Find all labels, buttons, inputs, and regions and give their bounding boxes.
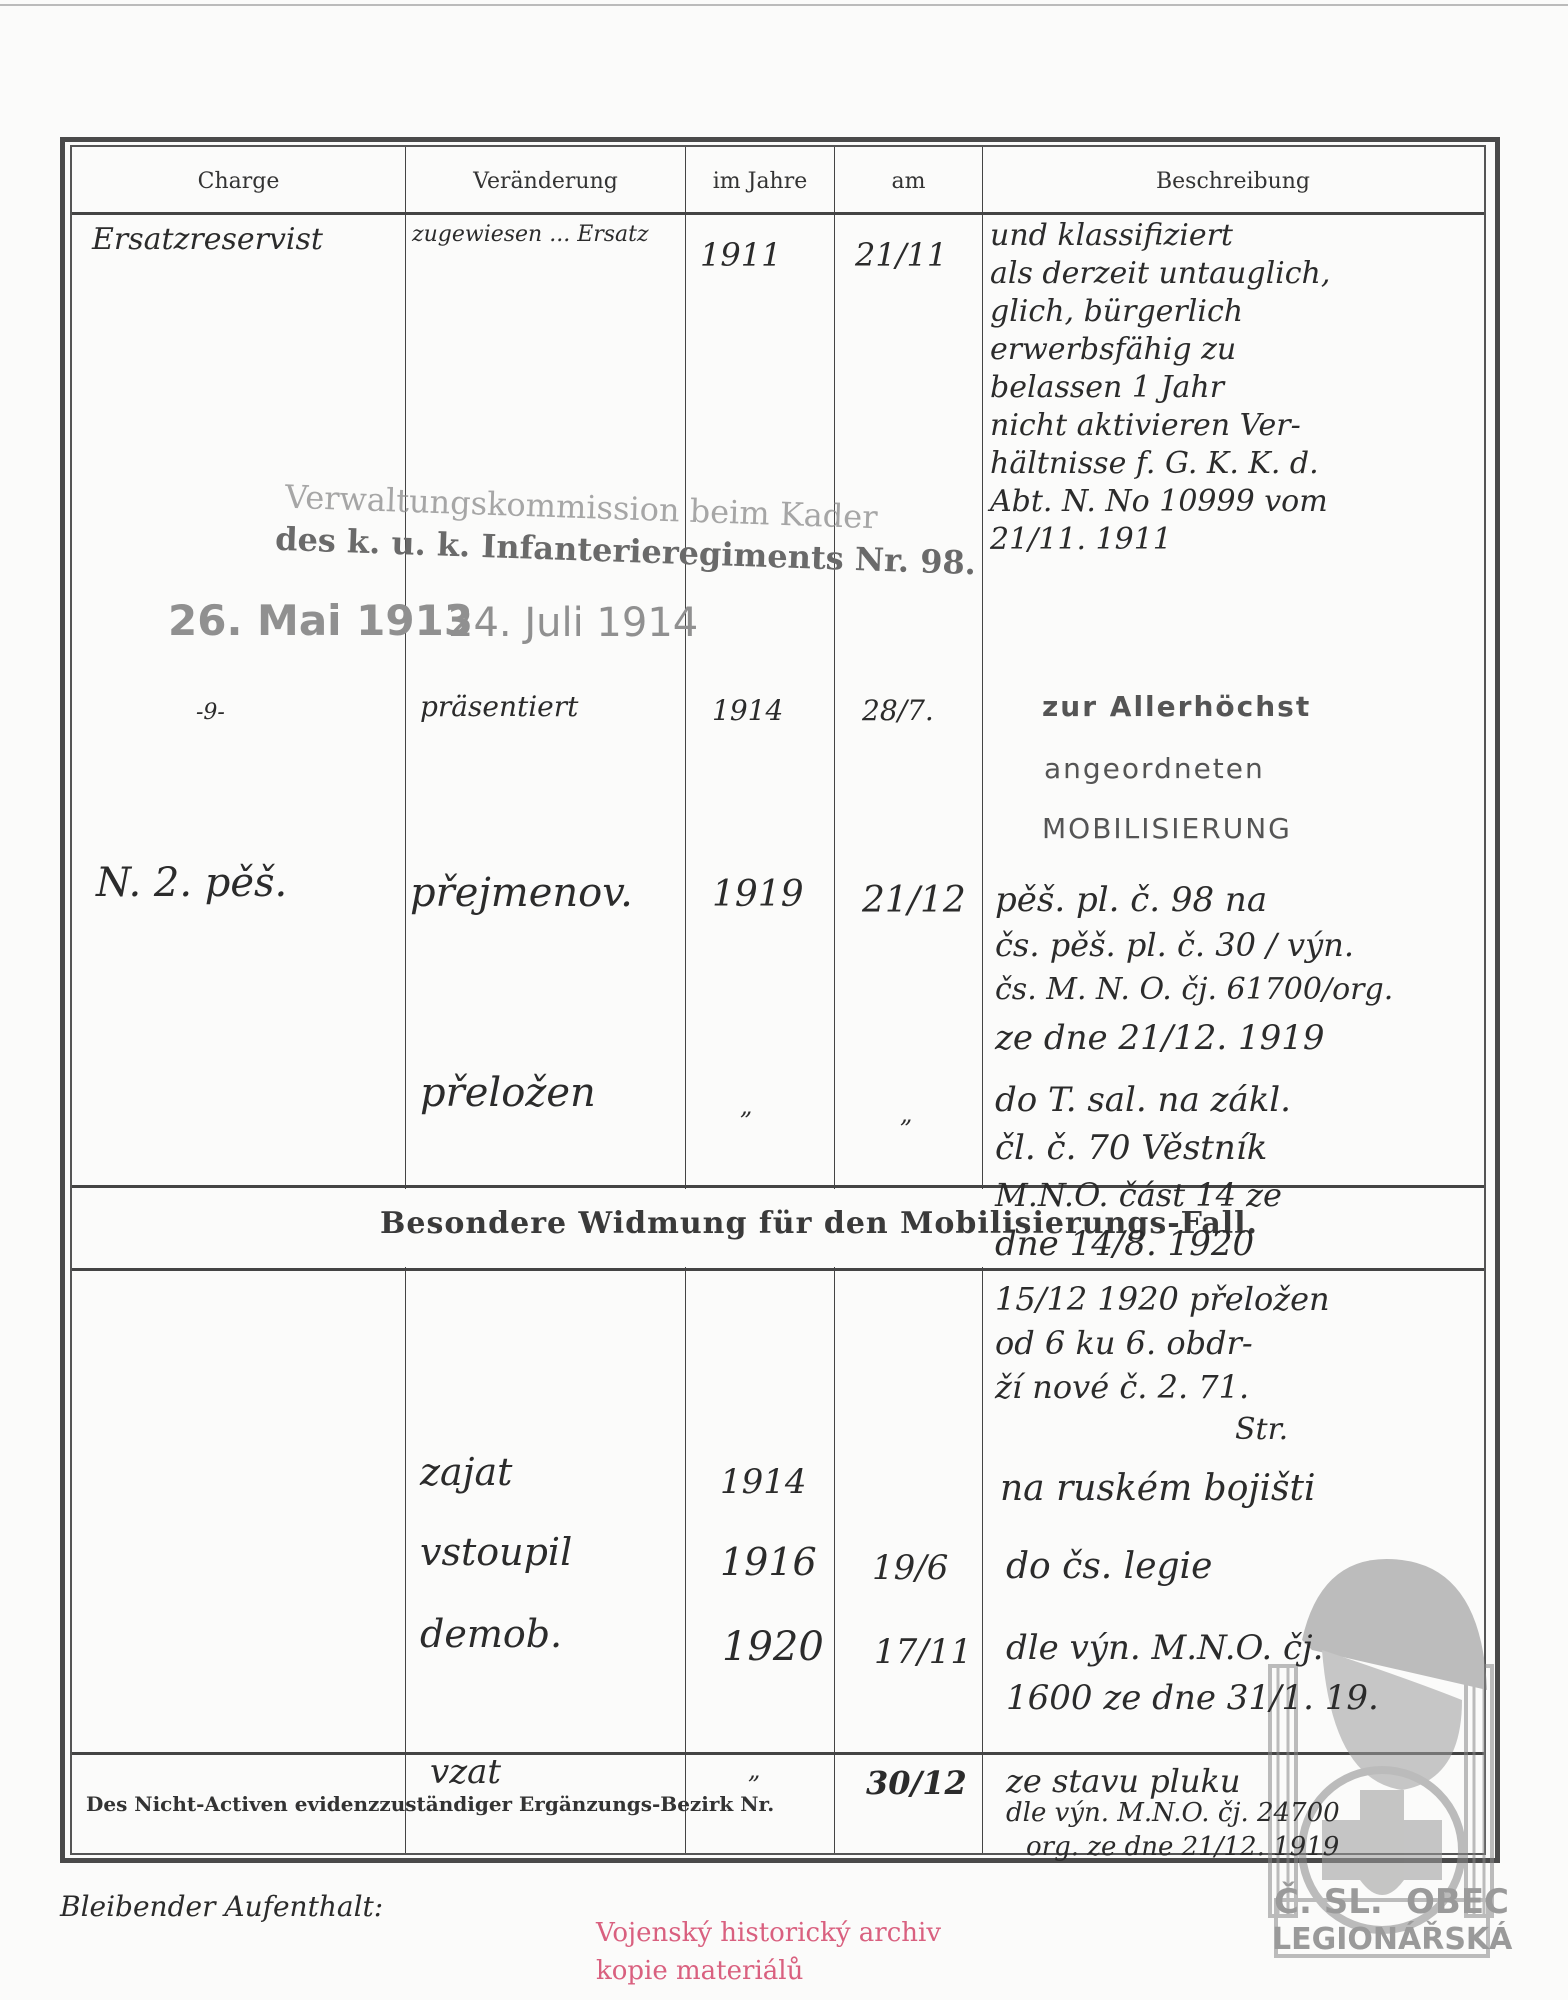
- row1-beschreibung: und klassifiziert als derzeit untauglich…: [990, 218, 1480, 560]
- stamp-mobil-line2: angeordneten: [1044, 752, 1265, 785]
- row2-veraenderung: präsentiert: [420, 690, 578, 723]
- footer-label: Des Nicht-Activen evidenzzuständiger Erg…: [86, 1792, 774, 1816]
- header-rule: [72, 212, 1484, 215]
- header-jahr: im Jahre: [686, 150, 834, 212]
- header-beschreibung: Beschreibung: [983, 150, 1483, 212]
- row3-jahr: 1919: [712, 874, 804, 915]
- row1-am: 21/11: [855, 236, 947, 274]
- row2-jahr: 1914: [712, 694, 783, 727]
- footer-beschreibung: ze stavu pluku dle výn. M.N.O. čj. 24700…: [1006, 1762, 1486, 1866]
- row1-charge: Ersatzreservist: [92, 222, 323, 257]
- footer-veraenderung: vzat: [430, 1752, 501, 1792]
- stamp-date-1: 26. Mai 1913: [168, 596, 473, 645]
- header-am: am: [835, 150, 982, 212]
- row2-charge: -9-: [196, 700, 225, 725]
- row4-veraenderung: přeložen: [420, 1070, 596, 1116]
- stamp-date-2: 24. Juli 1914: [448, 600, 698, 646]
- mobil-row1-beschreibung: 15/12 1920 přeložen od 6 ku 6. obdr- ží …: [995, 1280, 1485, 1456]
- legion-logo: Č. SL. OBEC LEGIONÁŘSKÁ: [1262, 1530, 1502, 1960]
- logo-text-csl: Č. SL.: [1274, 1882, 1383, 1922]
- row3-charge: N. 2. pěš.: [96, 860, 287, 906]
- mobil-row4-jahr: 1920: [722, 1624, 824, 1670]
- stamp-mobil-line3: MOBILISIERUNG: [1042, 812, 1292, 845]
- mobil-row3-veraenderung: vstoupil: [420, 1530, 572, 1574]
- col-line-1: [405, 147, 406, 1853]
- aufenthalt-label: Bleibender Aufenthalt:: [60, 1890, 383, 1923]
- row1-jahr: 1911: [700, 236, 781, 274]
- row3-veraenderung: přejmenov.: [410, 870, 633, 916]
- header-charge: Charge: [72, 150, 405, 212]
- logo-text-obec: OBEC: [1406, 1882, 1509, 1922]
- footer-jahr: „: [748, 1756, 760, 1784]
- row4-am: „: [900, 1100, 912, 1128]
- mobil-row3-jahr: 1916: [720, 1540, 817, 1584]
- mobil-row2-jahr: 1914: [720, 1462, 807, 1502]
- row4-beschreibung: do T. sal. na zákl. čl. č. 70 Věstník M.…: [995, 1080, 1485, 1272]
- row1-veraenderung: zugewiesen ... Ersatz: [412, 222, 649, 247]
- stamp-mobil-line1: zur Allerhöchst: [1042, 690, 1311, 723]
- mobil-row4-beschreibung: dle výn. M.N.O. čj. 1600 ze dne 31/1. 19…: [1006, 1628, 1486, 1728]
- col-line-4: [982, 147, 983, 1853]
- mobil-row4-am: 17/11: [874, 1632, 972, 1672]
- col-line-3: [834, 147, 835, 1853]
- row2-am: 28/7.: [862, 694, 934, 727]
- mobil-row2-veraenderung: zajat: [420, 1450, 512, 1494]
- mobil-row3-am: 19/6: [872, 1548, 948, 1588]
- col-line-2: [685, 147, 686, 1853]
- scan-top-edge: [0, 4, 1568, 6]
- mobil-row4-veraenderung: demob.: [420, 1612, 562, 1656]
- row3-beschreibung: pěš. pl. č. 98 na čs. pěš. pl. č. 30 / v…: [995, 880, 1485, 1064]
- header-veraenderung: Veränderung: [406, 150, 685, 212]
- row3-am: 21/12: [862, 880, 966, 921]
- logo-text-legionarska: LEGIONÁŘSKÁ: [1272, 1922, 1512, 1957]
- mobil-row3-beschreibung: do čs. legie: [1006, 1546, 1212, 1587]
- row4-jahr: „: [740, 1092, 752, 1120]
- mobil-row2-beschreibung: na ruském bojišti: [1000, 1468, 1316, 1509]
- archive-stamp-line1: Vojenský historický archiv: [596, 1918, 941, 1948]
- archive-stamp-line2: kopie materiálů: [596, 1956, 803, 1986]
- footer-am: 30/12: [866, 1764, 967, 1802]
